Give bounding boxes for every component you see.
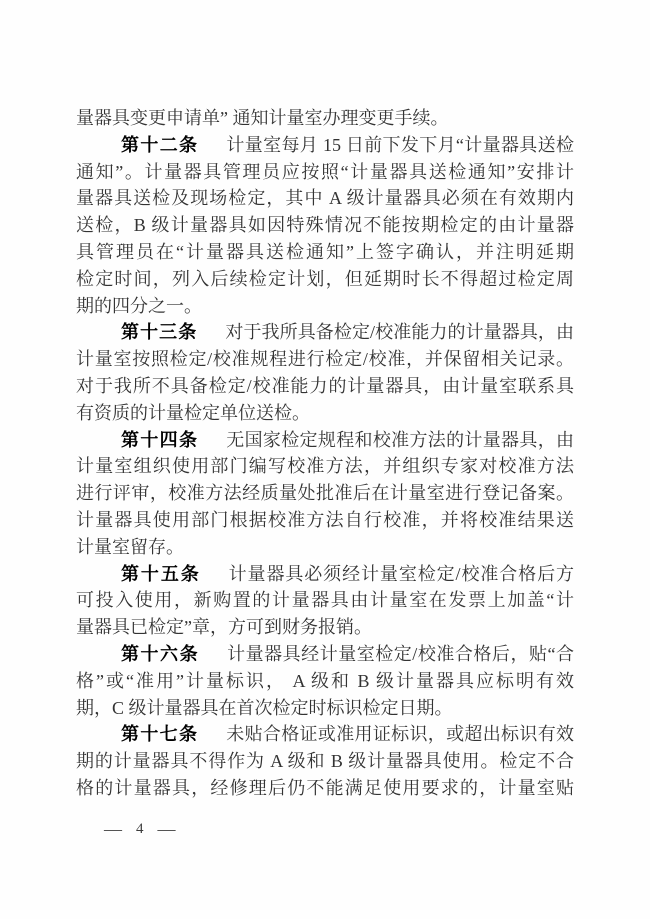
text-line: 格的计量器具，经修理后仍不能满足使用要求的，计量室贴 [76,775,574,802]
text-line: 第十二条计量室每月 15 日前下发下月“计量器具送检 [76,132,574,159]
line-text: 期的四分之一。 [76,296,202,316]
text-line: 进行评审，校准方法经质量处批准后在计量室进行登记备案。 [76,480,574,507]
text-line: 通知”。计量器具管理员应按照“计量器具送检通知”安排计 [76,159,574,186]
text-line: 检定时间，列入后续检定计划，但延期时长不得超过检定周 [76,266,574,293]
page-footer: — 4 — [104,818,176,840]
document-body: 量器具变更申请单” 通知计量室办理变更手续。第十二条计量室每月 15 日前下发下… [76,105,574,802]
text-line: 量器具变更申请单” 通知计量室办理变更手续。 [76,105,574,132]
line-text: 计量室留存。 [76,537,184,557]
text-line: 计量室留存。 [76,534,574,561]
line-text: 格”或“准用”计量标识， A 级和 B 级计量器具应标明有效 [76,671,574,691]
line-text: 无国家检定规程和校准方法的计量器具，由 [226,430,574,450]
text-line: 计量器具使用部门根据校准方法自行校准，并将校准结果送 [76,507,574,534]
text-line: 量器具送检及现场检定，其中 A 级计量器具必须在有效期内 [76,185,574,212]
line-text: 送检，B 级计量器具如因特殊情况不能按期检定的由计量器 [76,215,574,235]
line-text: 进行评审，校准方法经质量处批准后在计量室进行登记备案。 [76,483,574,503]
text-line: 有资质的计量检定单位送检。 [76,400,574,427]
line-text: 通知”。计量器具管理员应按照“计量器具送检通知”安排计 [76,162,574,182]
line-text: 具管理员在“计量器具送检通知”上签字确认，并注明延期 [76,242,574,262]
document-page: 量器具变更申请单” 通知计量室办理变更手续。第十二条计量室每月 15 日前下发下… [0,0,650,919]
line-text: 计量室组织使用部门编写校准方法，并组织专家对校准方法 [76,456,574,476]
article-number: 第十六条 [121,644,199,664]
text-line: 第十三条对于我所具备检定/校准能力的计量器具，由 [76,319,574,346]
text-line: 量器具已检定”章，方可到财务报销。 [76,614,574,641]
line-text: 计量器具必须经计量室检定/校准合格后方 [229,564,574,584]
line-text: 对于我所具备检定/校准能力的计量器具，由 [225,322,574,342]
text-line: 期，C 级计量器具在首次检定时标识检定日期。 [76,695,574,722]
article-number: 第十二条 [121,135,198,155]
text-line: 具管理员在“计量器具送检通知”上签字确认，并注明延期 [76,239,574,266]
text-line: 可投入使用，新购置的计量器具由计量室在发票上加盖“计 [76,587,574,614]
line-text: 计量器具使用部门根据校准方法自行校准，并将校准结果送 [76,510,574,530]
line-text: 量器具变更申请单” 通知计量室办理变更手续。 [76,108,449,128]
line-text: 格的计量器具，经修理后仍不能满足使用要求的，计量室贴 [76,778,574,798]
text-line: 计量室组织使用部门编写校准方法，并组织专家对校准方法 [76,453,574,480]
line-text: 未贴合格证或准用证标识，或超出标识有效 [226,724,574,744]
text-line: 第十五条计量器具必须经计量室检定/校准合格后方 [76,561,574,588]
footer-dash-right: — [158,818,176,840]
line-text: 计量室按照检定/校准规程进行检定/校准，并保留相关记录。 [76,349,574,369]
text-line: 第十四条无国家检定规程和校准方法的计量器具，由 [76,427,574,454]
text-line: 第十六条计量器具经计量室检定/校准合格后，贴“合 [76,641,574,668]
article-number: 第十三条 [121,322,197,342]
line-text: 对于我所不具备检定/校准能力的计量器具，由计量室联系具 [76,376,574,396]
text-line: 格”或“准用”计量标识， A 级和 B 级计量器具应标明有效 [76,668,574,695]
line-text: 计量室每月 15 日前下发下月“计量器具送检 [226,135,574,155]
line-text: 量器具已检定”章，方可到财务报销。 [76,617,372,637]
text-line: 对于我所不具备检定/校准能力的计量器具，由计量室联系具 [76,373,574,400]
line-text: 可投入使用，新购置的计量器具由计量室在发票上加盖“计 [76,590,574,610]
line-text: 计量器具经计量室检定/校准合格后，贴“合 [227,644,574,664]
text-line: 第十七条未贴合格证或准用证标识，或超出标识有效 [76,721,574,748]
article-number: 第十五条 [121,564,201,584]
text-line: 期的计量器具不得作为 A 级和 B 级计量器具使用。检定不合 [76,748,574,775]
line-text: 有资质的计量检定单位送检。 [76,403,310,423]
line-text: 期，C 级计量器具在首次检定时标识检定日期。 [76,698,453,718]
line-text: 检定时间，列入后续检定计划，但延期时长不得超过检定周 [76,269,574,289]
text-line: 计量室按照检定/校准规程进行检定/校准，并保留相关记录。 [76,346,574,373]
line-text: 量器具送检及现场检定，其中 A 级计量器具必须在有效期内 [76,188,574,208]
footer-dash-left: — [104,818,122,840]
page-number: 4 [136,818,144,840]
article-number: 第十七条 [121,724,198,744]
text-line: 送检，B 级计量器具如因特殊情况不能按期检定的由计量器 [76,212,574,239]
line-text: 期的计量器具不得作为 A 级和 B 级计量器具使用。检定不合 [76,751,574,771]
text-line: 期的四分之一。 [76,293,574,320]
article-number: 第十四条 [121,430,198,450]
